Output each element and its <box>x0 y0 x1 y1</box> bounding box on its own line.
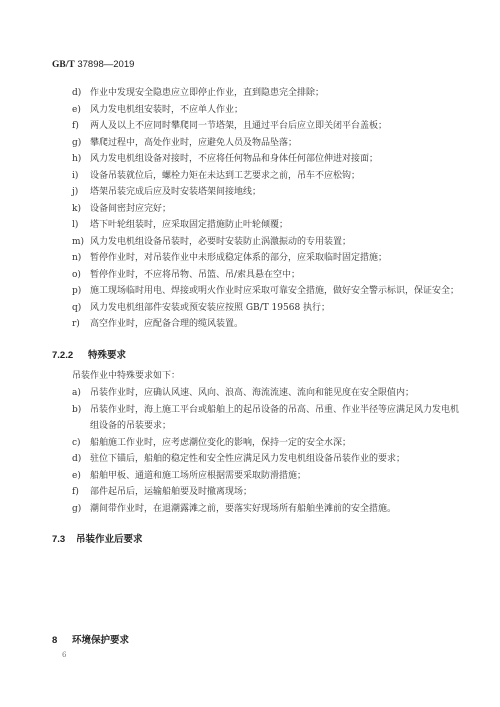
list-marker: q) <box>72 302 88 314</box>
list-text: 组设备的吊装要求； <box>90 420 171 432</box>
standard-prefix: GB/T <box>52 60 75 70</box>
list-text: 驻位下锚后，船舶的稳定性和安全性应满足风力发电机组设备吊装作业的要求； <box>90 453 405 465</box>
list-marker: h) <box>72 153 88 165</box>
page-number: 6 <box>62 651 66 659</box>
section-title: 特殊要求 <box>88 350 126 361</box>
list-marker: b) <box>72 404 88 416</box>
list-text: 潮间带作业时，在退潮露滩之前，要落实好现场所有船舶坐滩前的安全措施。 <box>90 503 396 515</box>
list-text: 塔架吊装完成后应及时安装塔架间接地线； <box>90 186 261 198</box>
standard-header: GB/T 37898—2019 <box>52 59 134 70</box>
section-heading-7-3: 7.3吊装作业后要求 <box>52 531 143 545</box>
list-marker: d) <box>72 453 88 465</box>
list-marker: f) <box>72 486 88 498</box>
list-text: 吊装作业时，海上施工平台或船舶上的起吊设备的吊高、吊重、作业半径等应满足风力发电… <box>90 404 459 416</box>
intro-paragraph: 吊装作业中特殊要求如下： <box>72 370 180 382</box>
list-text: 风力发电机组设备对接时，不应将任何物品和身体任何部位伸进对接面； <box>90 153 378 165</box>
list-text: 两人及以上不应同时攀爬同一节塔架，且通过平台后应立即关闭平台盖板； <box>90 120 387 132</box>
list-text: 塔下叶轮组装时，应采取固定措施防止叶轮倾覆； <box>90 219 288 231</box>
list-marker: k) <box>72 203 88 215</box>
list-marker: e) <box>72 470 88 482</box>
section-title: 环境保护要求 <box>72 635 129 646</box>
list-text: 船舶施工作业时，应考虑潮位变化的影响，保持一定的安全水深； <box>90 437 351 449</box>
list-text: 作业中发现安全隐患应立即停止作业，直到隐患完全排除； <box>90 87 324 99</box>
list-text: 风力发电机组设备吊装时，必要时安装防止涡激振动的专用装置； <box>90 236 351 248</box>
list-marker: l) <box>72 219 88 231</box>
list-marker: p) <box>72 285 88 297</box>
section-number: 8 <box>52 635 72 646</box>
list-marker: a) <box>72 387 88 399</box>
list-marker: f) <box>72 120 88 132</box>
list-text: 吊装作业时，应确认风速、风向、浪高、海流流速、流向和能见度在安全限值内； <box>90 387 414 399</box>
list-text: 暂停作业时，不应将吊物、吊篮、吊/索具悬在空中； <box>90 269 300 281</box>
list-marker: n) <box>72 252 88 264</box>
section-heading-8: 8环境保护要求 <box>52 632 129 646</box>
list-marker: g) <box>72 503 88 515</box>
section-title: 吊装作业后要求 <box>76 534 143 545</box>
list-text: 船舶甲板、通道和施工场所应根据需要采取防滑措施； <box>90 470 306 482</box>
list-text: 风力发电机组部件安装或预安装应按照 GB/T 19568 执行； <box>90 302 330 314</box>
list-marker: m) <box>72 236 88 248</box>
section-heading-7-2-2: 7.2.2特殊要求 <box>52 347 126 361</box>
list-text: 攀爬过程中，高处作业时，应避免人员及物品坠落； <box>90 137 297 149</box>
list-marker: c) <box>72 437 88 449</box>
list-text: 施工现场临时用电、焊接或明火作业时应采取可靠安全措施，做好安全警示标识，保证安全… <box>90 285 459 297</box>
list-text: 风力发电机组安装时，不应单人作业； <box>90 104 243 116</box>
list-marker: g) <box>72 137 88 149</box>
list-marker: i) <box>72 170 88 182</box>
list-marker: j) <box>72 186 88 198</box>
section-number: 7.3 <box>52 534 76 545</box>
list-marker: r) <box>72 318 88 330</box>
list-marker: d) <box>72 87 88 99</box>
section-number: 7.2.2 <box>52 350 88 361</box>
list-marker: e) <box>72 104 88 116</box>
list-text: 部件起吊后，运输船舶要及时撤离现场； <box>90 486 252 498</box>
standard-number: 37898—2019 <box>77 59 134 70</box>
document-page: GB/T 37898—2019 d)作业中发现安全隐患应立即停止作业，直到隐患完… <box>0 0 500 707</box>
list-marker: o) <box>72 269 88 281</box>
list-text: 设备间密封应完好； <box>90 203 171 215</box>
list-text: 高空作业时，应配备合理的缆风装置。 <box>90 318 243 330</box>
list-text: 设备吊装就位后，螺栓力矩在未达到工艺要求之前，吊车不应松钩； <box>90 170 360 182</box>
list-text: 暂停作业时，对吊装作业中未形成稳定体系的部分，应采取临时固定措施； <box>90 252 387 264</box>
